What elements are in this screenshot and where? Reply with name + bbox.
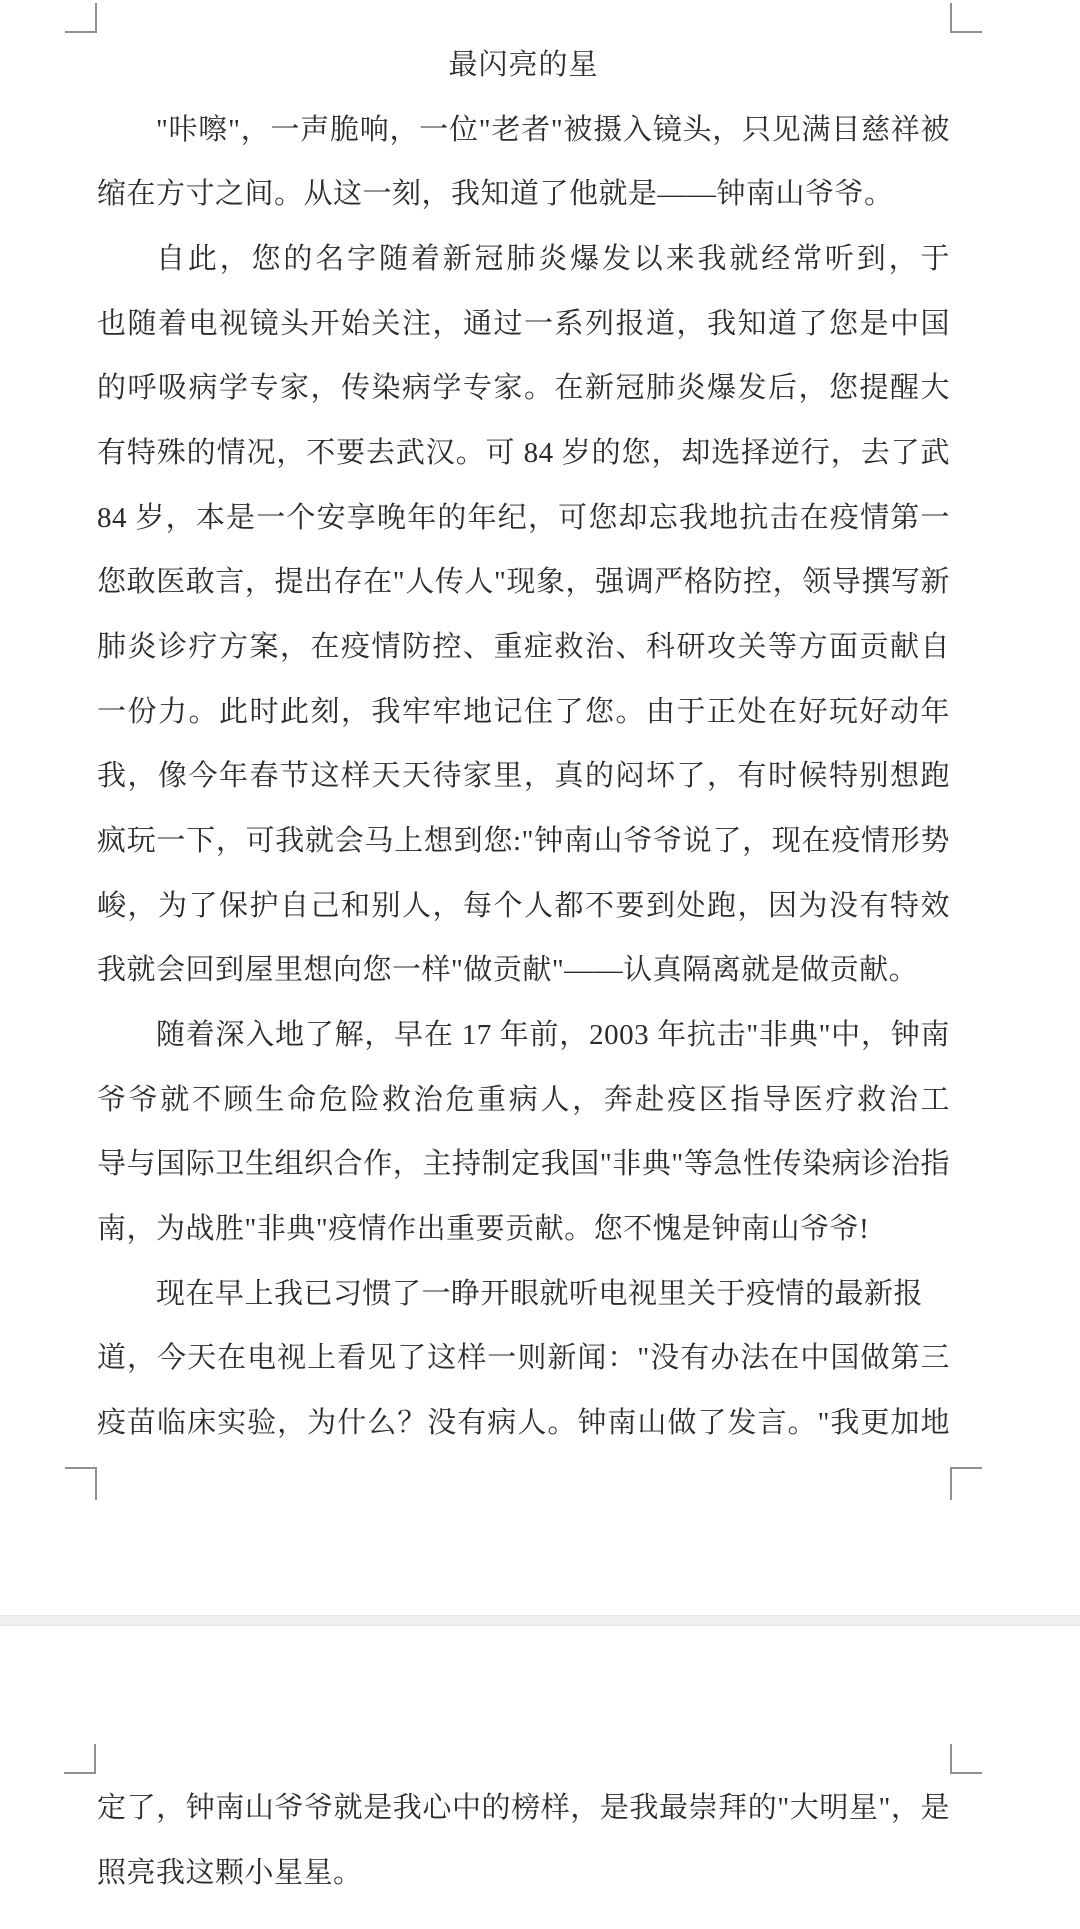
text-line: 疫苗临床实验，为什么？没有病人。钟南山做了发言。"我更加地确 (97, 1391, 950, 1456)
margin-corner-mark-top-right (950, 3, 982, 33)
page-break-separator (0, 1615, 1080, 1626)
text-line: 缩在方寸之间。从这一刻，我知道了他就是——钟南山爷爷。 (97, 162, 950, 227)
text-line: 道，今天在电视上看见了这样一则新闻："没有办法在中国做第三期 (97, 1326, 950, 1391)
text-line: 肺炎诊疗方案，在疫情防控、重症救治、科研攻关等方面贡献自己的 (97, 615, 950, 680)
margin-corner-mark-bottom-left (65, 1467, 97, 1500)
text-line: 也随着电视镜头开始关注，通过一系列报道，我知道了您是中国著名 (97, 292, 950, 357)
margin-corner-mark-page2-top-right (950, 1744, 982, 1774)
text-line: 84 岁，本是一个安享晚年的年纪，可您却忘我地抗击在疫情第一线! (97, 486, 950, 551)
document-viewer: 最闪亮的星"咔嚓"，一声脆响，一位"老者"被摄入镜头，只见满目慈祥被浓缩在方寸之… (0, 0, 1080, 1929)
text-line: 现在早上我已习惯了一睁开眼就听电视里关于疫情的最新报 (97, 1262, 950, 1327)
margin-corner-mark-top-left (65, 3, 97, 33)
text-line: 一份力。此时此刻，我牢牢地记住了您。由于正处在好玩好动年纪的 (97, 680, 950, 745)
text-line: "咔嚓"，一声脆响，一位"老者"被摄入镜头，只见满目慈祥被浓 (97, 98, 950, 163)
text-line: 定了，钟南山爷爷就是我心中的榜样，是我最崇拜的"大明星"，是您 (97, 1776, 950, 1841)
text-line: 南，为战胜"非典"疫情作出重要贡献。您不愧是钟南山爷爷! (97, 1197, 950, 1262)
text-line: 我，像今年春节这样天天待家里，真的闷坏了，有时候特别想跑出去 (97, 744, 950, 809)
margin-corner-mark-bottom-right (950, 1467, 982, 1500)
text-line: 自此，您的名字随着新冠肺炎爆发以来我就经常听到，于是，我 (97, 227, 950, 292)
text-line: 导与国际卫生组织合作，主持制定我国"非典"等急性传染病诊治指 (97, 1132, 950, 1197)
text-line: 我就会回到屋里想向您一样"做贡献"——认真隔离就是做贡献。 (97, 938, 950, 1003)
document-title: 最闪亮的星 (97, 33, 950, 98)
text-line: 峻，为了保护自己和别人，每个人都不要到处跑，因为没有特效药。" (97, 874, 950, 939)
page-2-text-column: 定了，钟南山爷爷就是我心中的榜样，是我最崇拜的"大明星"，是您照亮我这颗小星星。 (97, 1776, 950, 1905)
page-1-text-column: 最闪亮的星"咔嚓"，一声脆响，一位"老者"被摄入镜头，只见满目慈祥被浓缩在方寸之… (97, 33, 950, 1456)
text-line: 随着深入地了解，早在 17 年前，2003 年抗击"非典"中，钟南山 (97, 1003, 950, 1068)
text-line: 的呼吸病学专家，传染病学专家。在新冠肺炎爆发后，您提醒大家没 (97, 356, 950, 421)
text-line: 有特殊的情况，不要去武汉。可 84 岁的您，却选择逆行，去了武汉。 (97, 421, 950, 486)
text-line: 您敢医敢言，提出存在"人传人"现象，强调严格防控，领导撰写新冠 (97, 550, 950, 615)
text-line: 照亮我这颗小星星。 (97, 1841, 950, 1906)
text-line: 爷爷就不顾生命危险救治危重病人，奔赴疫区指导医疗救治工作，倡 (97, 1068, 950, 1133)
text-line: 疯玩一下，可我就会马上想到您:"钟南山爷爷说了，现在疫情形势严 (97, 809, 950, 874)
margin-corner-mark-page2-top-left (64, 1744, 96, 1774)
